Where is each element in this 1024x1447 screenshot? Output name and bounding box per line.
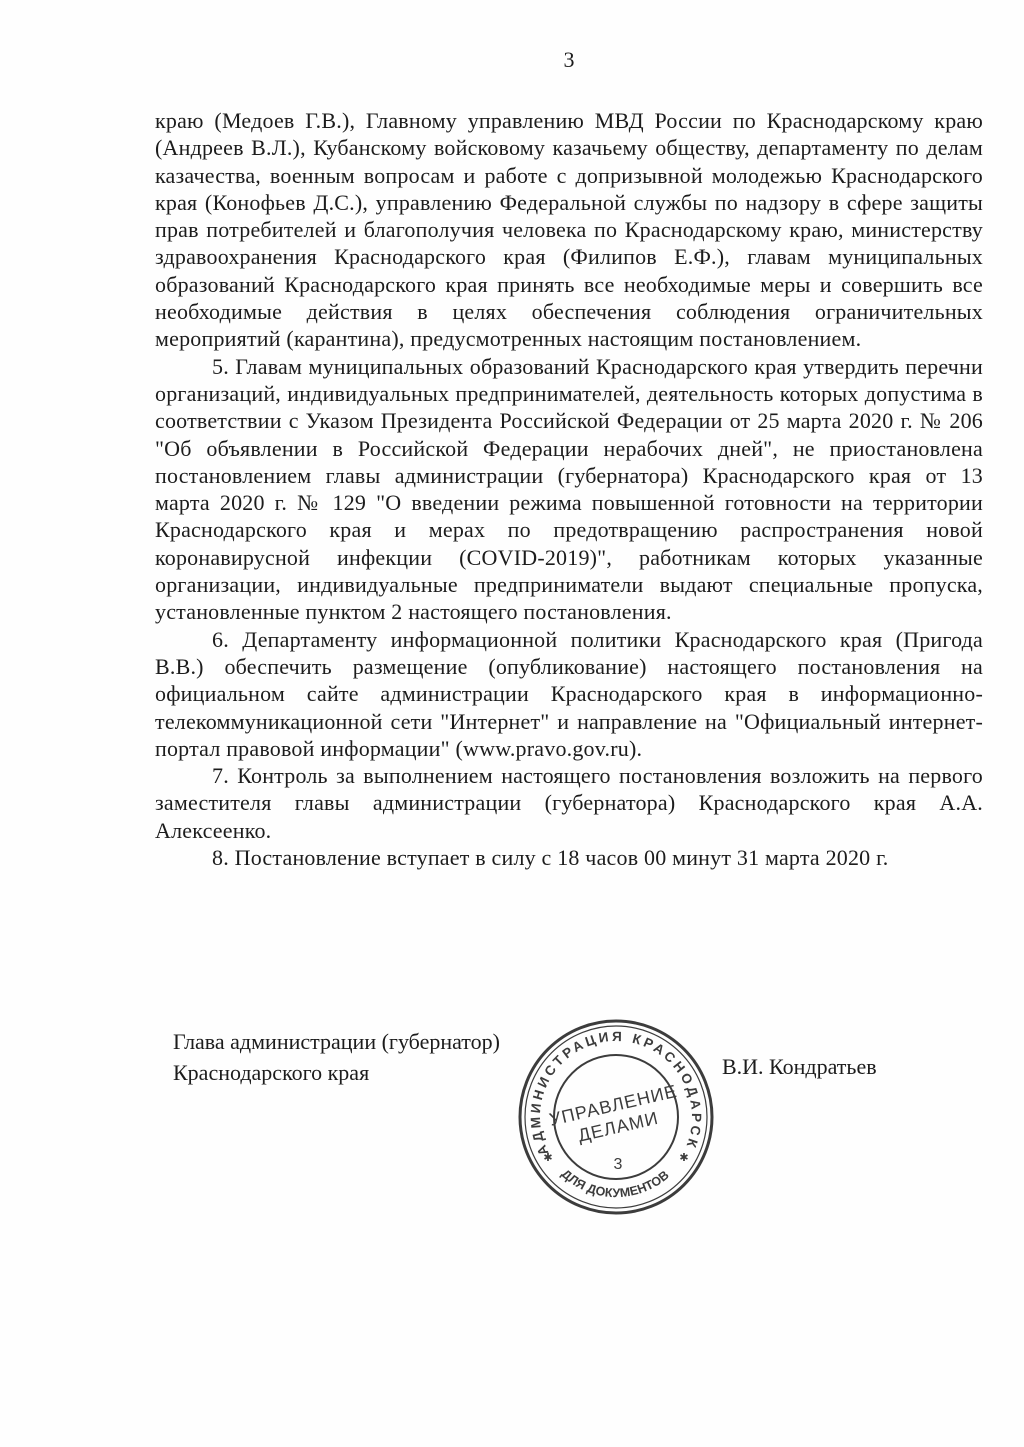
official-stamp: АДМИНИСТРАЦИЯ КРАСНОДАРСКОГО КРАЯ ДЛЯ ДО…: [511, 1012, 721, 1222]
stamp-star-right-icon: ✱: [679, 1152, 688, 1164]
document-page: 3 краю (Медоев Г.В.), Главному управлени…: [0, 0, 1024, 1447]
paragraph-item-6: 6. Департаменту информационной политики …: [155, 626, 983, 762]
paragraph-item-5: 5. Главам муниципальных образований Крас…: [155, 353, 983, 626]
decree-body-text: краю (Медоев Г.В.), Главному управлению …: [155, 107, 983, 871]
paragraph-continuation: краю (Медоев Г.В.), Главному управлению …: [155, 107, 983, 353]
page-number: 3: [155, 47, 983, 73]
paragraph-item-8: 8. Постановление вступает в силу с 18 ча…: [155, 844, 983, 871]
paragraph-item-7: 7. Контроль за выполнением настоящего по…: [155, 762, 983, 844]
stamp-star-left-icon: ✱: [543, 1152, 552, 1164]
stamp-number: 3: [614, 1156, 623, 1173]
signature-name: В.И. Кондратьев: [722, 1054, 877, 1080]
stamp-center-text: УПРАВЛЕНИЕ ДЕЛАМИ: [547, 1081, 684, 1151]
